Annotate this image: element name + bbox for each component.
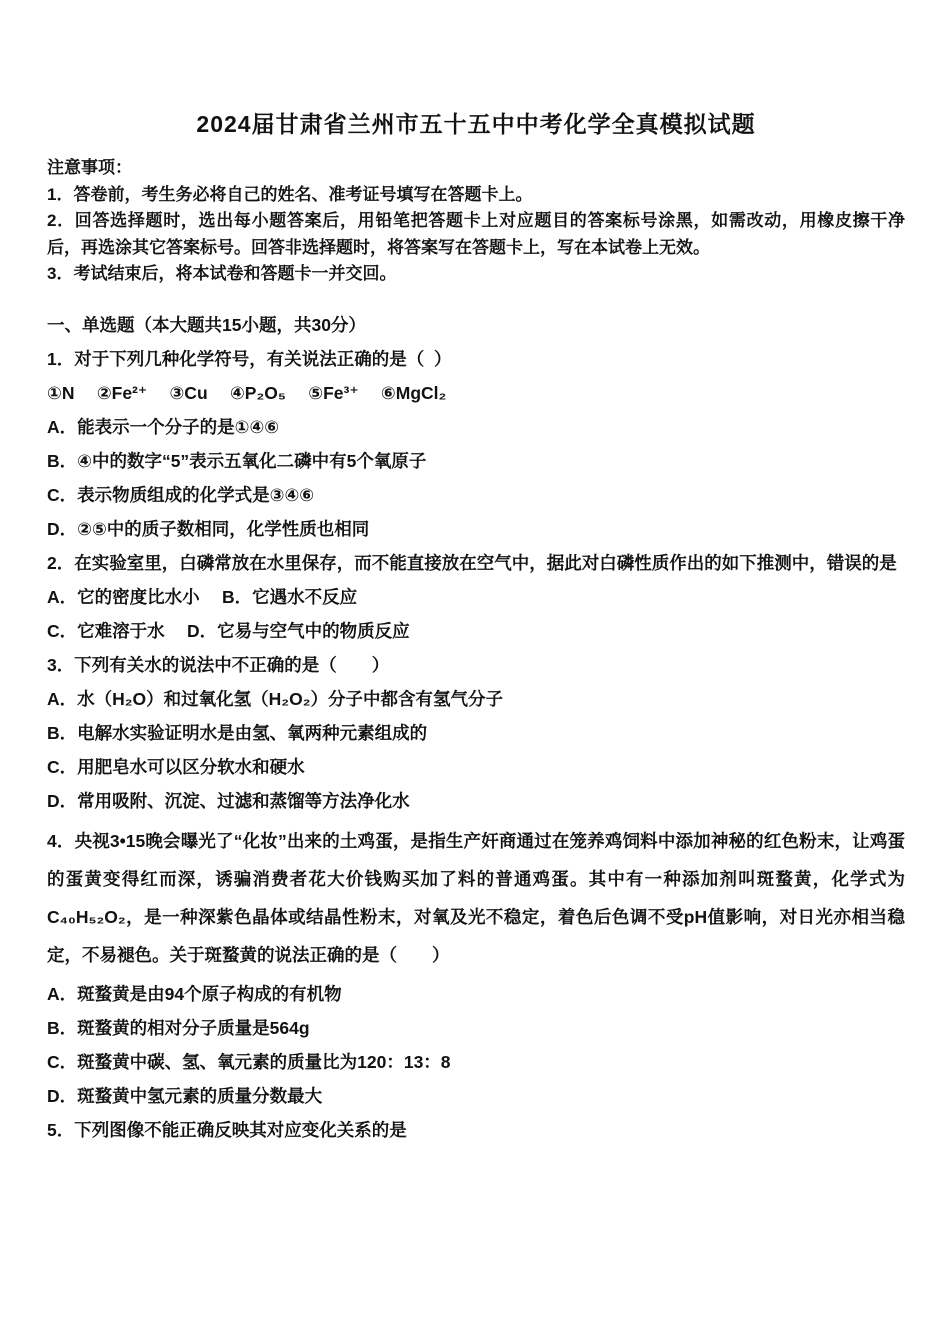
notice-item-3: 3．考试结束后，将本试卷和答题卡一并交回。 bbox=[47, 261, 905, 288]
question-5-stem: 5．下列图像不能正确反映其对应变化关系的是 bbox=[47, 1117, 905, 1144]
question-4-option-b: B．斑蝥黄的相对分子质量是564g bbox=[47, 1015, 905, 1042]
question-1-option-b: B．④中的数字“5”表示五氧化二磷中有5个氧原子 bbox=[47, 448, 905, 475]
question-5: 5．下列图像不能正确反映其对应变化关系的是 bbox=[47, 1117, 905, 1144]
question-2-options-ab: A．它的密度比水小 B．它遇水不反应 bbox=[47, 584, 905, 611]
question-2-options-cd: C．它难溶于水 D．它易与空气中的物质反应 bbox=[47, 618, 905, 645]
question-3-option-a: A．水（H₂O）和过氧化氢（H₂O₂）分子中都含有氢气分子 bbox=[47, 686, 905, 713]
question-4-stem: 4．央视3•15晚会曝光了“化妆”出来的土鸡蛋，是指生产奸商通过在笼养鸡饲料中添… bbox=[47, 822, 905, 974]
exam-page: 2024届甘肃省兰州市五十五中中考化学全真模拟试题 注意事项： 1．答卷前，考生… bbox=[0, 0, 950, 1344]
notice-item-2: 2．回答选择题时，选出每小题答案后，用铅笔把答题卡上对应题目的答案标号涂黑，如需… bbox=[47, 208, 905, 261]
question-1-symbols-line: ①N ②Fe²⁺ ③Cu ④P₂O₅ ⑤Fe³⁺ ⑥MgCl₂ bbox=[47, 380, 905, 407]
question-2-stem: 2．在实验室里，白磷常放在水里保存，而不能直接放在空气中，据此对白磷性质作出的如… bbox=[47, 550, 905, 577]
single-choice-section: 一、单选题（本大题共15小题，共30分） 1．对于下列几种化学符号，有关说法正确… bbox=[47, 312, 905, 1144]
question-4-option-a: A．斑蝥黄是由94个原子构成的有机物 bbox=[47, 981, 905, 1008]
notice-heading: 注意事项： bbox=[47, 155, 905, 182]
question-4-option-d: D．斑蝥黄中氢元素的质量分数最大 bbox=[47, 1083, 905, 1110]
question-1-option-d: D．②⑤中的质子数相同，化学性质也相同 bbox=[47, 516, 905, 543]
question-4-option-c: C．斑蝥黄中碳、氢、氧元素的质量比为120：13：8 bbox=[47, 1049, 905, 1076]
question-3-option-c: C．用肥皂水可以区分软水和硬水 bbox=[47, 754, 905, 781]
notice-section: 注意事项： 1．答卷前，考生务必将自己的姓名、准考证号填写在答题卡上。 2．回答… bbox=[47, 155, 905, 288]
question-1-stem: 1．对于下列几种化学符号，有关说法正确的是（ ） bbox=[47, 346, 905, 373]
page-title: 2024届甘肃省兰州市五十五中中考化学全真模拟试题 bbox=[47, 106, 905, 139]
question-1: 1．对于下列几种化学符号，有关说法正确的是（ ） ①N ②Fe²⁺ ③Cu ④P… bbox=[47, 346, 905, 543]
question-4: 4．央视3•15晚会曝光了“化妆”出来的土鸡蛋，是指生产奸商通过在笼养鸡饲料中添… bbox=[47, 822, 905, 1110]
question-3-option-d: D．常用吸附、沉淀、过滤和蒸馏等方法净化水 bbox=[47, 788, 905, 815]
question-3-stem: 3．下列有关水的说法中不正确的是（ ） bbox=[47, 652, 905, 679]
notice-item-1: 1．答卷前，考生务必将自己的姓名、准考证号填写在答题卡上。 bbox=[47, 182, 905, 209]
section-heading: 一、单选题（本大题共15小题，共30分） bbox=[47, 312, 905, 339]
question-1-option-a: A．能表示一个分子的是①④⑥ bbox=[47, 414, 905, 441]
question-2: 2．在实验室里，白磷常放在水里保存，而不能直接放在空气中，据此对白磷性质作出的如… bbox=[47, 550, 905, 645]
question-1-option-c: C．表示物质组成的化学式是③④⑥ bbox=[47, 482, 905, 509]
question-3: 3．下列有关水的说法中不正确的是（ ） A．水（H₂O）和过氧化氢（H₂O₂）分… bbox=[47, 652, 905, 815]
question-3-option-b: B．电解水实验证明水是由氢、氧两种元素组成的 bbox=[47, 720, 905, 747]
